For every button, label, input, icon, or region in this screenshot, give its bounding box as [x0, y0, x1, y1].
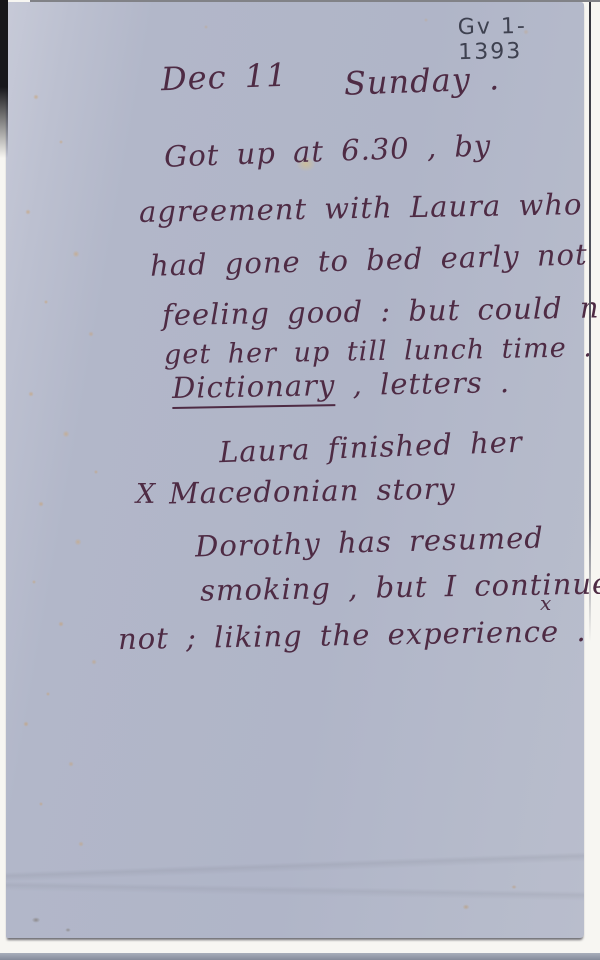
page-right-edge-shadow [589, 2, 591, 642]
diary-line-dorothy: Dorothy has resumed [195, 520, 545, 563]
entry-date: Dec 11 [160, 56, 288, 98]
diary-line-dictionary: Dictionary , letters . [172, 365, 511, 405]
entry-day: Sunday . [343, 59, 500, 102]
dictionary-line-rest: , letters . [335, 365, 510, 402]
scan-top-edge-line [30, 0, 600, 2]
margin-cross-mark: X [136, 479, 156, 510]
diary-line-not-liking: not ; liking the experience . [118, 614, 587, 656]
diary-line-feeling-good: feeling good : but could not [162, 290, 600, 332]
catalog-number: Gv 1-1393 [458, 13, 585, 65]
insertion-mark: x [540, 591, 552, 615]
scan-corner-shadow [0, 0, 8, 158]
diary-line-agreement: agreement with Laura who [139, 187, 583, 229]
diary-line-got-up: Got up at 6.30 , by [164, 128, 492, 173]
diary-line-macedonian: Macedonian story [169, 471, 456, 510]
diary-line-had-gone: had gone to bed early not [150, 237, 588, 282]
diary-page: Gv 1-1393 Dec 11 Sunday . Got up at 6.30… [6, 2, 584, 938]
underlined-word: Dictionary [172, 368, 336, 409]
scan-bottom-edge-bar [0, 953, 600, 960]
diary-line-laura-finished: Laura finished her [218, 425, 523, 470]
diary-line-get-her-up: get her up till lunch time . [164, 332, 593, 370]
